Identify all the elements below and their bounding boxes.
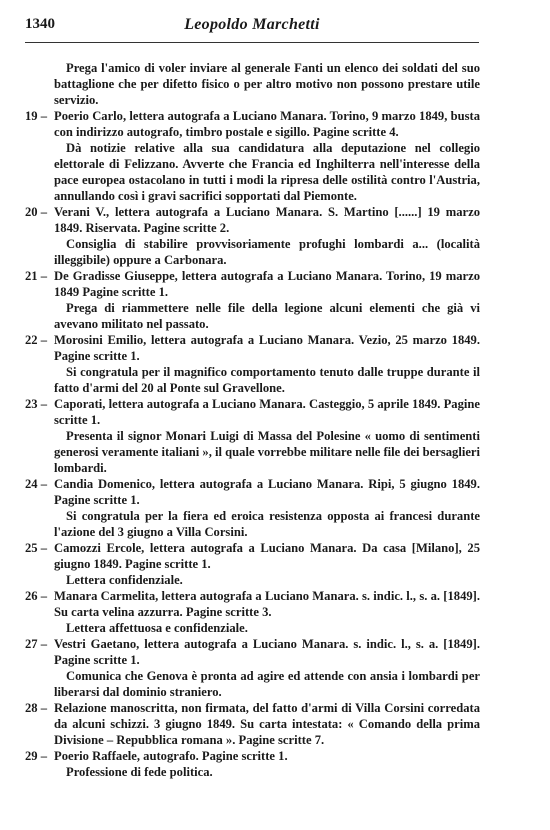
entry-description: Presenta il signor Monari Luigi di Massa… <box>25 428 480 476</box>
running-title: Leopoldo Marchetti <box>25 16 479 34</box>
catalog-entry-26: 26 – Manara Carmelita, lettera autografa… <box>25 588 480 620</box>
entry-number: 28 – <box>25 700 53 716</box>
entry-heading: Camozzi Ercole, lettera autografa a Luci… <box>54 540 480 572</box>
catalog-entry-24: 24 – Candia Domenico, lettera autografa … <box>25 476 480 508</box>
entry-description: Lettera affettuosa e confidenziale. <box>25 620 480 636</box>
entry-description: Si congratula per la fiera ed eroica res… <box>25 508 480 540</box>
catalog-entry-29: 29 – Poerio Raffaele, autografo. Pagine … <box>25 748 480 764</box>
entry-description: Lettera confidenziale. <box>25 572 480 588</box>
entry-heading: Verani V., lettera autografa a Luciano M… <box>54 204 480 236</box>
entry-heading: Morosini Emilio, lettera autografa a Luc… <box>54 332 480 364</box>
page-header: 1340 Leopoldo Marchetti <box>25 16 479 40</box>
entry-heading: Manara Carmelita, lettera autografa a Lu… <box>54 588 480 620</box>
catalog-entry-20: 20 – Verani V., lettera autografa a Luci… <box>25 204 480 236</box>
entry-heading: Candia Domenico, lettera autografa a Luc… <box>54 476 480 508</box>
catalog-entry-28: 28 – Relazione manoscritta, non firmata,… <box>25 700 480 748</box>
entry-number: 20 – <box>25 204 53 220</box>
catalog-entry-25: 25 – Camozzi Ercole, lettera autografa a… <box>25 540 480 572</box>
catalog-entry-21: 21 – De Gradisse Giuseppe, lettera autog… <box>25 268 480 300</box>
entry-heading: Caporati, lettera autografa a Luciano Ma… <box>54 396 480 428</box>
entry-description: Comunica che Genova è pronta ad agire ed… <box>25 668 480 700</box>
intro-paragraph: Prega l'amico di voler inviare al genera… <box>25 60 480 108</box>
entry-heading: De Gradisse Giuseppe, lettera autografa … <box>54 268 480 300</box>
entry-number: 19 – <box>25 108 53 124</box>
entry-number: 24 – <box>25 476 53 492</box>
catalog-entry-22: 22 – Morosini Emilio, lettera autografa … <box>25 332 480 364</box>
entry-description: Prega di riammettere nelle file della le… <box>25 300 480 332</box>
entry-description: Professione di fede politica. <box>25 764 480 780</box>
entry-heading: Vestri Gaetano, lettera autografa a Luci… <box>54 636 480 668</box>
entry-description: Consiglia di stabilire provvisoriamente … <box>25 236 480 268</box>
entry-number: 26 – <box>25 588 53 604</box>
entry-heading: Poerio Raffaele, autografo. Pagine scrit… <box>54 748 480 764</box>
entry-number: 23 – <box>25 396 53 412</box>
entry-number: 29 – <box>25 748 53 764</box>
catalog-entry-27: 27 – Vestri Gaetano, lettera autografa a… <box>25 636 480 668</box>
entry-number: 22 – <box>25 332 53 348</box>
catalog-entry-19: 19 – Poerio Carlo, lettera autografa a L… <box>25 108 480 140</box>
entry-heading: Poerio Carlo, lettera autografa a Lucian… <box>54 108 480 140</box>
entry-heading: Relazione manoscritta, non firmata, del … <box>54 700 480 748</box>
entry-number: 27 – <box>25 636 53 652</box>
catalog-entry-23: 23 – Caporati, lettera autografa a Lucia… <box>25 396 480 428</box>
header-rule <box>25 42 479 43</box>
entry-number: 25 – <box>25 540 53 556</box>
entry-number: 21 – <box>25 268 53 284</box>
document-page: 1340 Leopoldo Marchetti Prega l'amico di… <box>0 0 550 830</box>
entry-description: Si congratula per il magnifico comportam… <box>25 364 480 396</box>
page-body: Prega l'amico di voler inviare al genera… <box>25 60 480 780</box>
entry-description: Dà notizie relative alla sua candidatura… <box>25 140 480 204</box>
